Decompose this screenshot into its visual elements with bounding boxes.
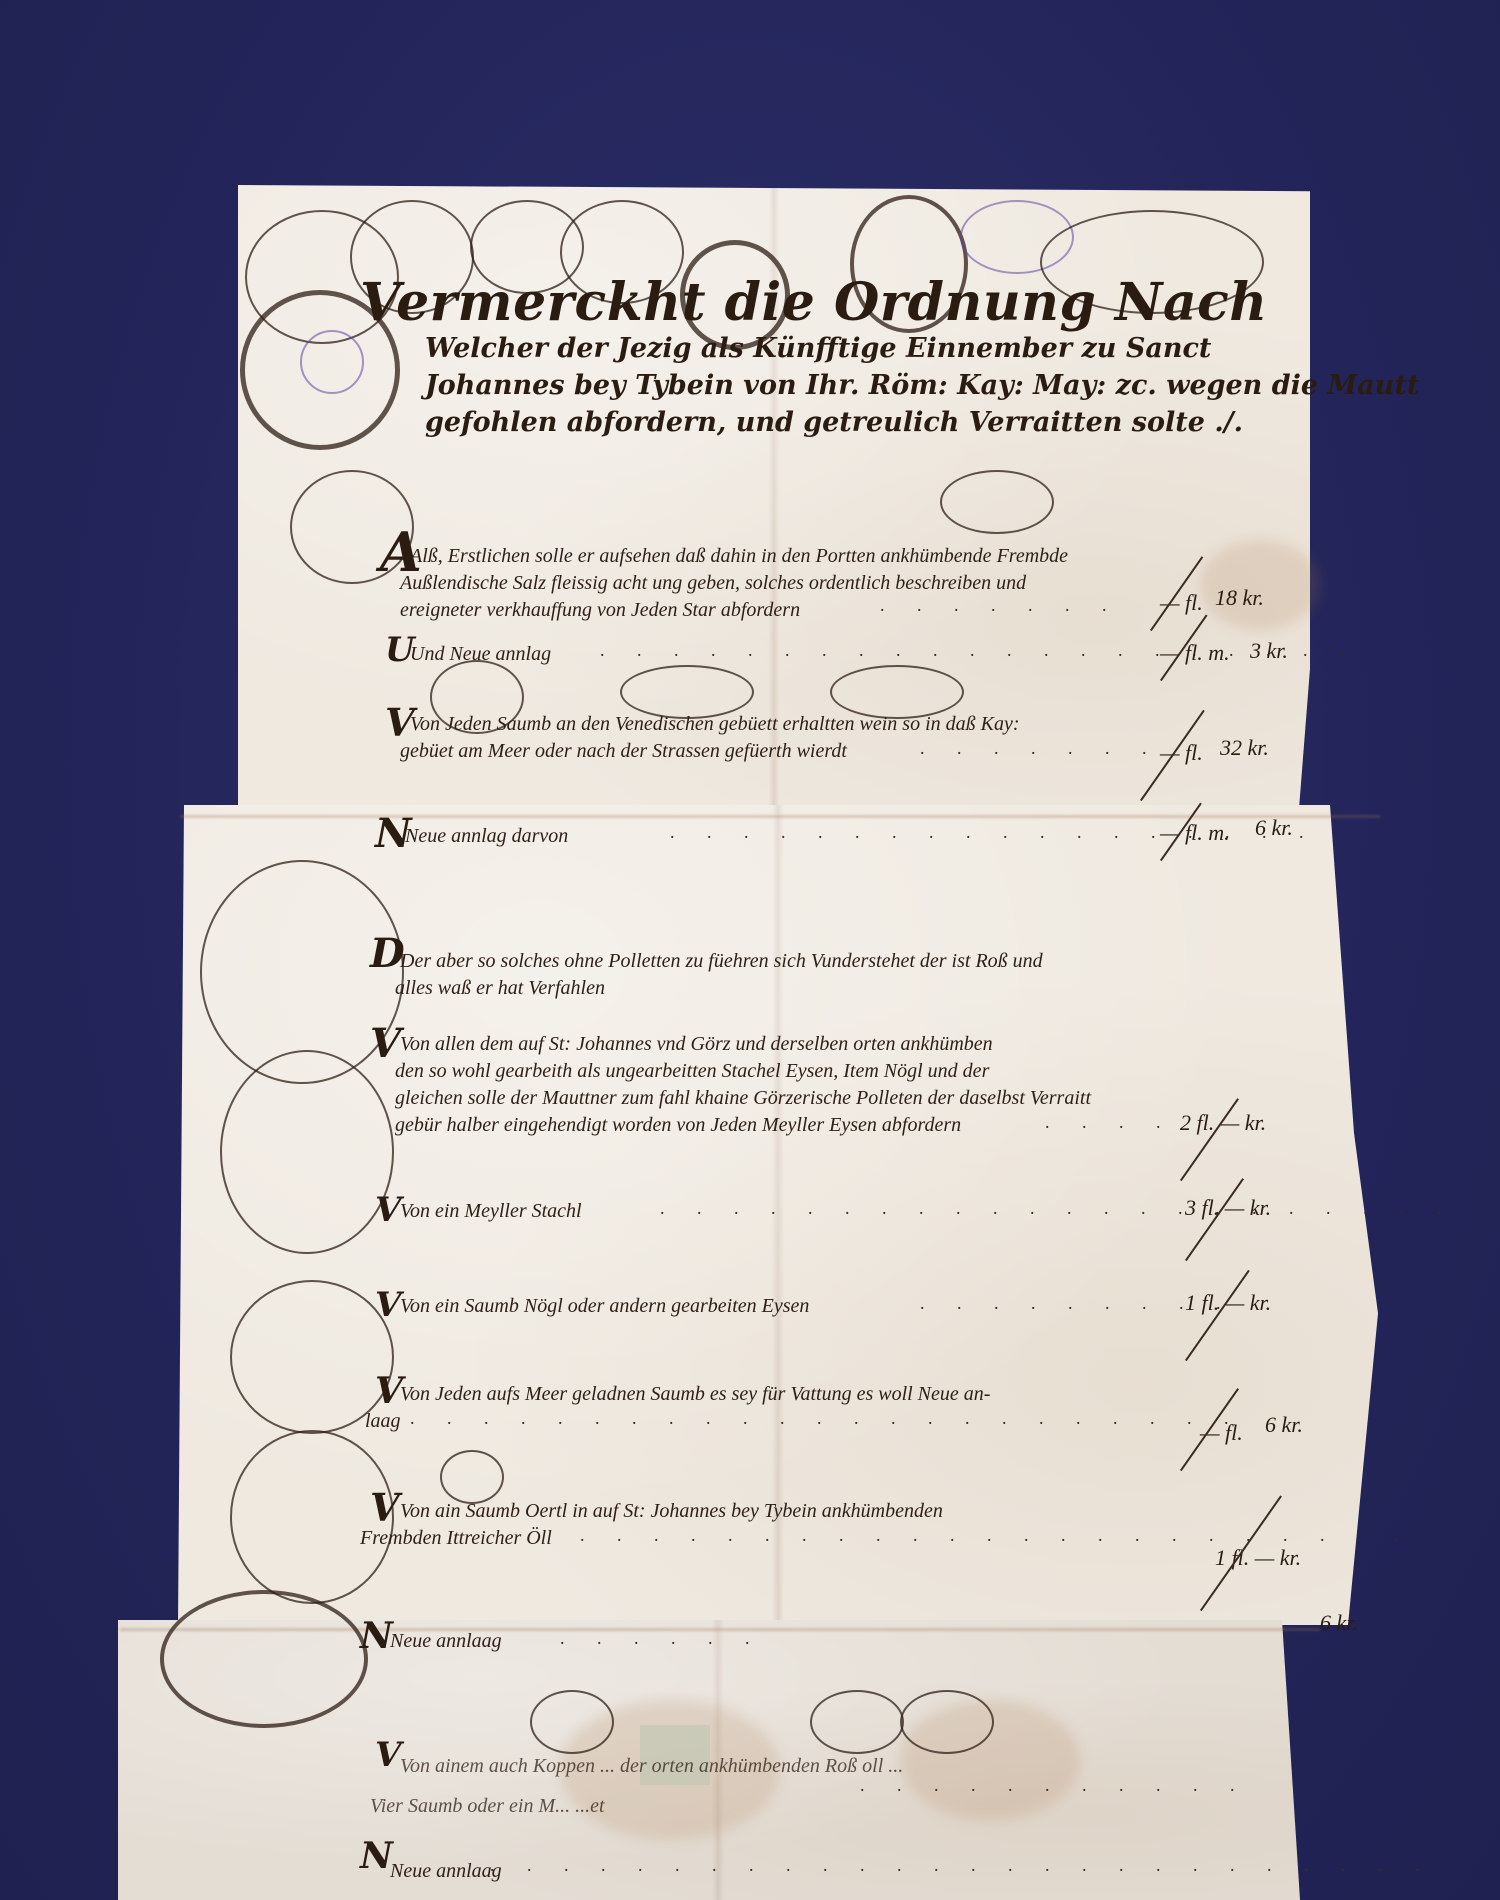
- entry-amount: 18 kr.: [1215, 585, 1264, 611]
- leader-dots: . . . . . . . . . . .: [860, 1775, 1249, 1796]
- entry-text: Neue annlaag: [390, 1860, 502, 1883]
- calligraphic-flourish: [810, 1690, 904, 1754]
- calligraphic-flourish: [440, 1450, 504, 1504]
- calligraphic-flourish: [940, 470, 1054, 534]
- decorative-initial: V: [375, 1370, 403, 1412]
- document-photo: Vermerckht die Ordnung Nach Welcher der …: [0, 0, 1500, 1900]
- entry-text: Frembden Ittreicher Öll: [360, 1527, 552, 1550]
- entry-text: ereigneter verkhauffung von Jeden Star a…: [400, 599, 800, 622]
- calligraphic-flourish: [290, 470, 414, 584]
- decorative-initial: V: [375, 1190, 401, 1230]
- entry-amount: 3 kr.: [1250, 638, 1288, 664]
- entry-amount: 2 fl. — kr.: [1180, 1110, 1266, 1136]
- entry-text: Von ein Meyller Stachl: [400, 1200, 582, 1223]
- decorative-initial: V: [375, 1285, 401, 1325]
- entry-text: gleichen solle der Mauttner zum fahl kha…: [395, 1087, 1091, 1110]
- entry-text: Von ain Saumb Oertl in auf St: Johannes …: [400, 1500, 943, 1523]
- leader-dots: . . . . . .: [560, 1628, 764, 1649]
- decorative-initial: N: [360, 1615, 393, 1657]
- entry-amount: 6 kr.: [1255, 815, 1293, 841]
- fold-line: [180, 815, 1380, 818]
- calligraphic-flourish: [620, 665, 754, 719]
- entry-prefix: — fl. m.: [1160, 820, 1230, 846]
- entry-text: gebüet am Meer oder nach der Strassen ge…: [400, 740, 847, 763]
- entry-prefix: — fl. m.: [1160, 640, 1230, 666]
- calligraphic-flourish: [160, 1590, 368, 1728]
- entry-text: den so wohl gearbeith als ungearbeitten …: [395, 1060, 989, 1083]
- document-heading-line-1: Vermerckht die Ordnung Nach: [360, 272, 1268, 333]
- entry-text: Von Jeden aufs Meer geladnen Saumb es se…: [400, 1383, 990, 1406]
- entry-text: Außlendische Salz fleissig acht ung gebe…: [400, 572, 1026, 595]
- calligraphic-flourish: [530, 1690, 614, 1754]
- calligraphic-flourish: [830, 665, 964, 719]
- entry-text: Neue annlag darvon: [405, 825, 568, 848]
- entry-text: Von ainem auch Koppen ... der orten ankh…: [400, 1755, 903, 1778]
- entry-amount: 6 kr.: [1265, 1412, 1303, 1438]
- decorative-initial: V: [370, 1485, 399, 1530]
- leader-dots: . . . . . . . . . . . . . . . . . . . . …: [600, 640, 1359, 661]
- decorative-initial: V: [375, 1735, 401, 1775]
- leader-dots: . . . . . . . . . . . . . . . . . . . . …: [580, 1525, 1413, 1546]
- entry-text: Von ein Saumb Nögl oder andern gearbeite…: [400, 1295, 809, 1318]
- entry-text: laag: [365, 1410, 401, 1433]
- entry-amount: 32 kr.: [1220, 735, 1269, 761]
- entry-amount: 1 fl. — kr.: [1185, 1290, 1271, 1316]
- entry-text: gebür halber eingehendigt worden von Jed…: [395, 1114, 961, 1137]
- entry-amount: 1 fl. — kr.: [1215, 1545, 1301, 1571]
- leader-dots: . . . . . . .: [880, 595, 1121, 616]
- document-heading-line-2: Welcher der Jezig als Künfftige Einnembe…: [425, 333, 1211, 364]
- leader-dots: . . . . . . . . . . . . . . . . . . . . …: [490, 1855, 1434, 1876]
- leader-dots: . . . . . . .: [920, 738, 1161, 759]
- calligraphic-flourish: [900, 1690, 994, 1754]
- entry-text: Von Jeden Saumb an den Venedischen gebüe…: [410, 713, 1020, 736]
- entry-text: Vier Saumb oder ein M... ...et: [370, 1795, 605, 1818]
- entry-text: Neue annlaag: [390, 1630, 502, 1653]
- entry-prefix: — fl.: [1160, 590, 1203, 616]
- entry-text: alles waß er hat Verfahlen: [395, 977, 605, 1000]
- entry-text: Der aber so solches ohne Polletten zu fü…: [400, 950, 1043, 973]
- leader-dots: . . . . . . . . . . . . . . . . . . . . …: [410, 1408, 1243, 1429]
- entry-amount: 6 kr.: [1320, 1610, 1358, 1636]
- leader-dots: . . . .: [1045, 1112, 1175, 1133]
- leader-dots: . . . . . . . . . . . . . . . . . . . . …: [660, 1198, 1456, 1219]
- calligraphic-flourish: [220, 1050, 394, 1254]
- decorative-initial: N: [360, 1835, 393, 1877]
- calligraphic-flourish: [300, 330, 364, 394]
- entry-text: Alß, Erstlichen solle er aufsehen daß da…: [410, 545, 1068, 568]
- document-heading-line-4: gefohlen abfordern, und getreulich Verra…: [425, 407, 1243, 438]
- document-heading-line-3: Johannes bey Tybein von Ihr. Röm: Kay: M…: [425, 370, 1419, 401]
- entry-text: Von allen dem auf St: Johannes vnd Görz …: [400, 1033, 993, 1056]
